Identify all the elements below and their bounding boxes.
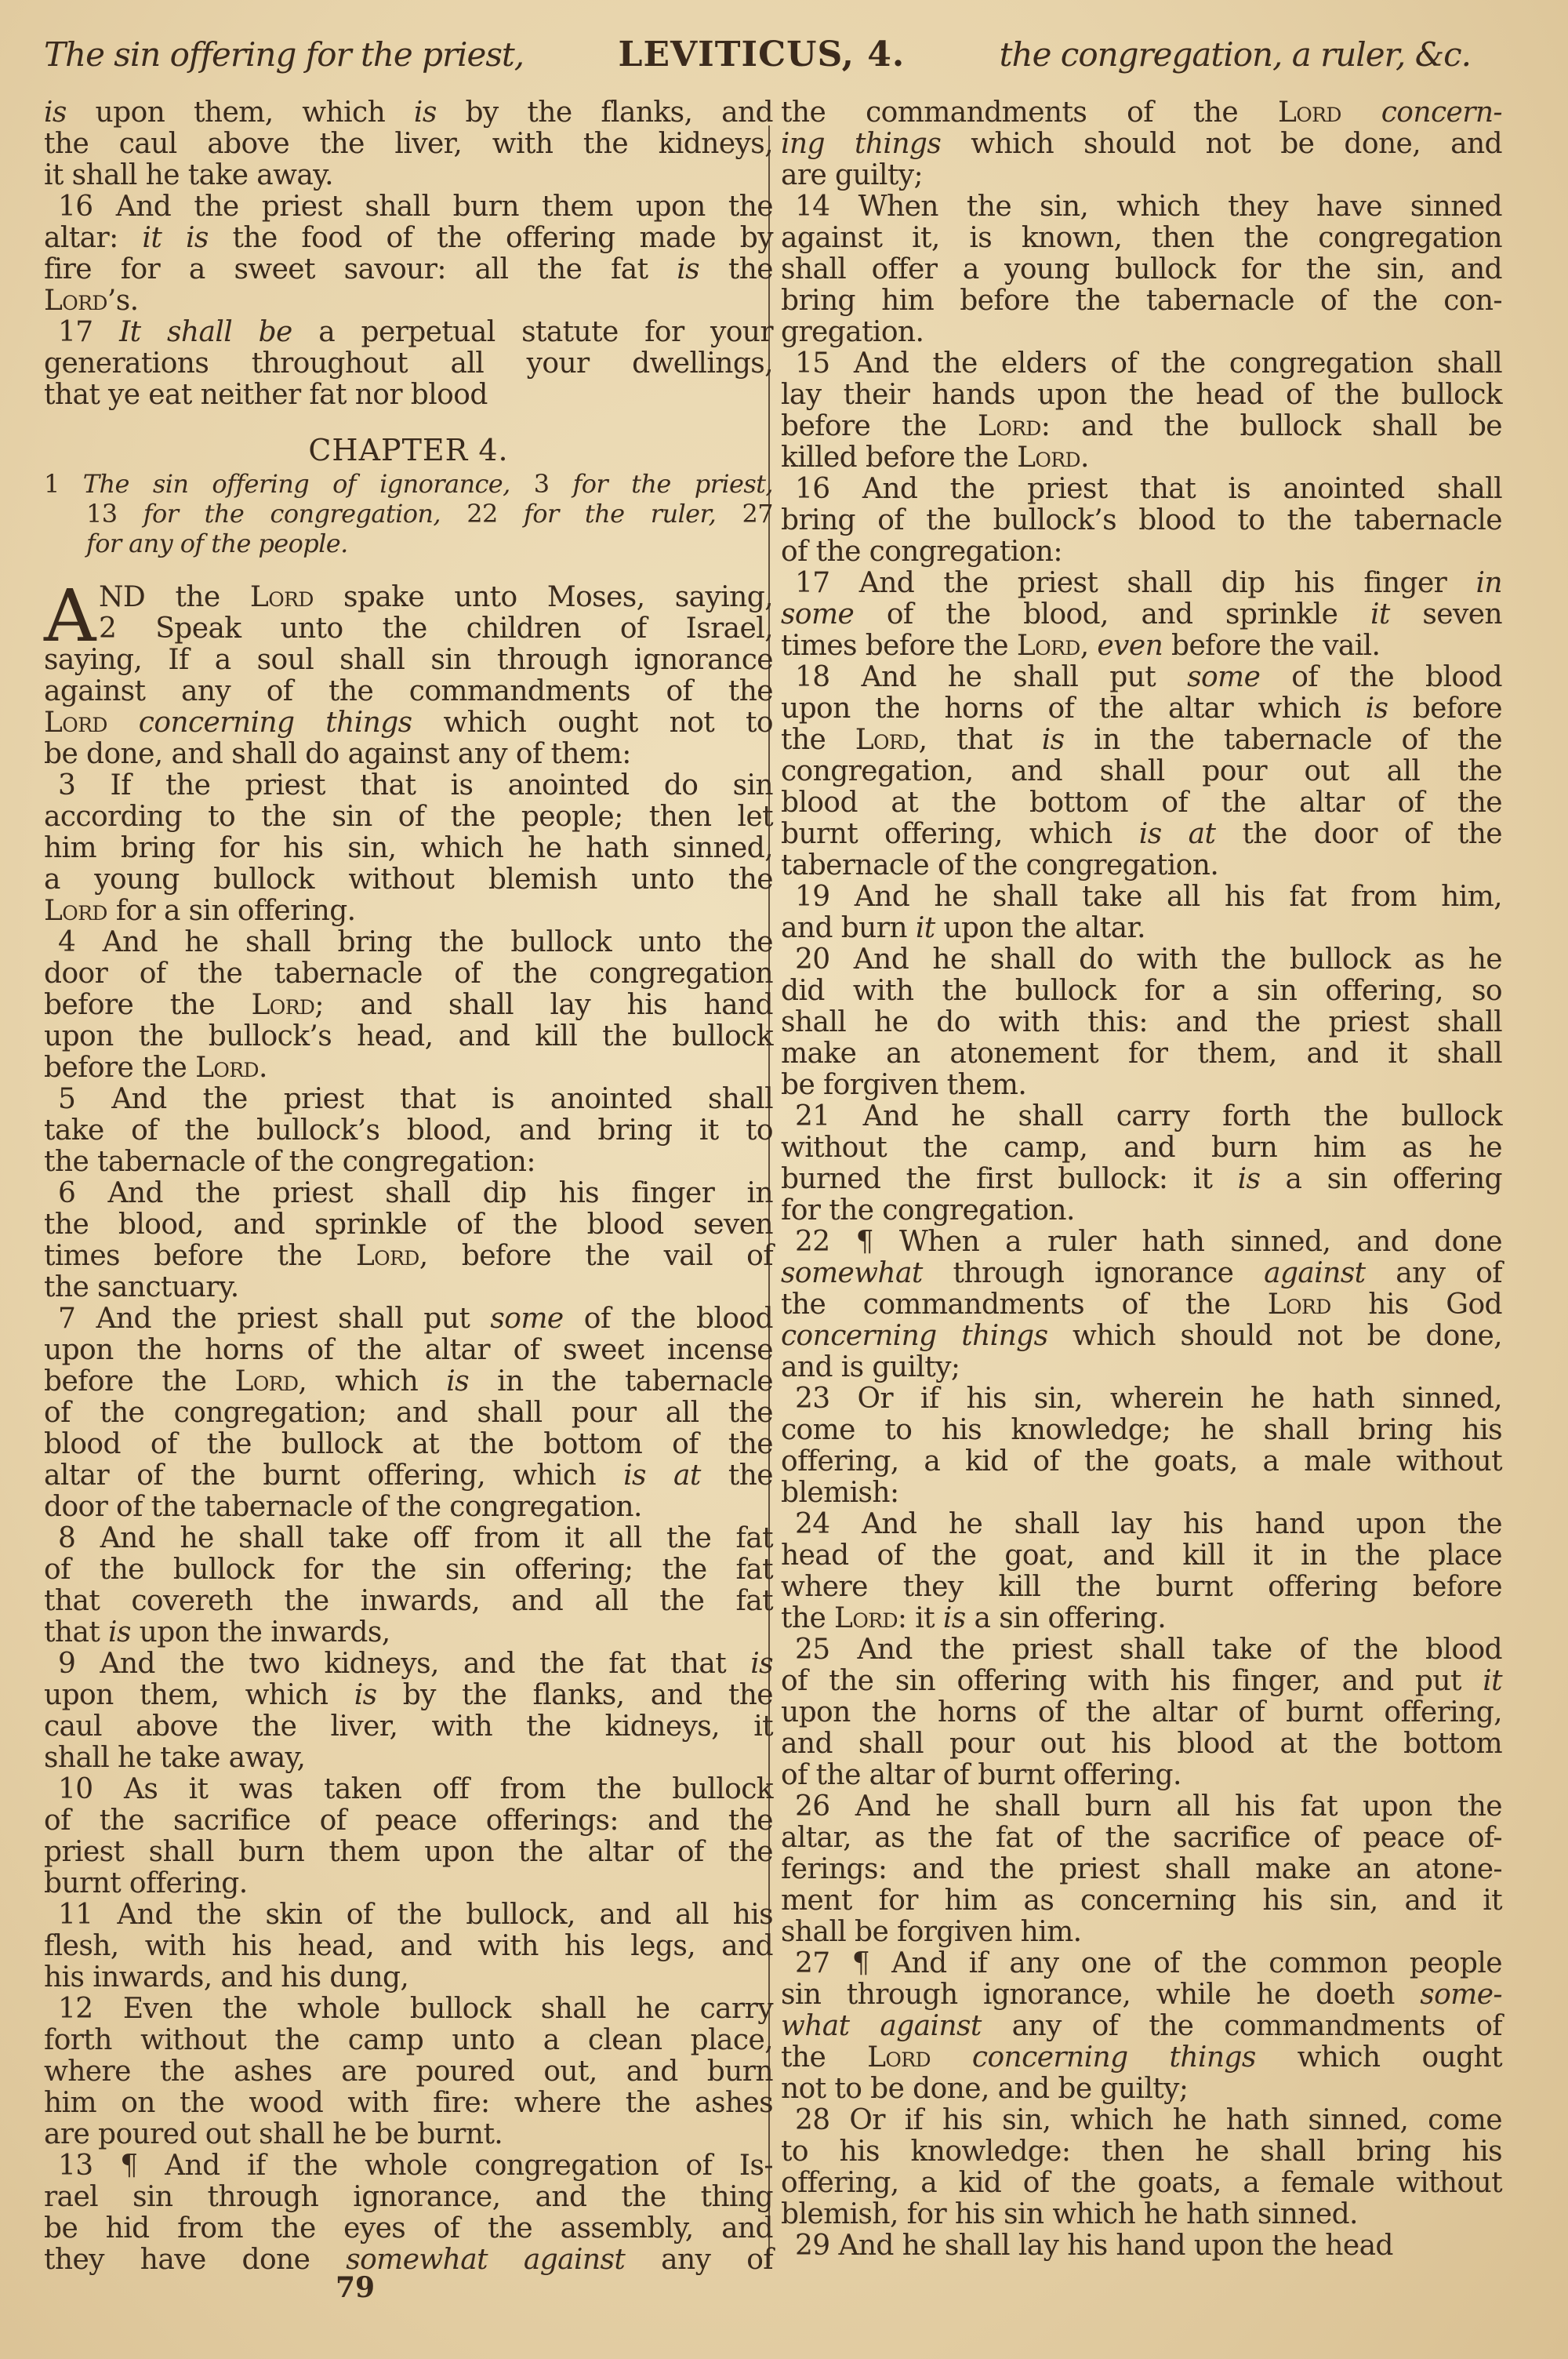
text-segment: times before the xyxy=(44,1240,356,1272)
text-line: and burn it upon the altar. xyxy=(781,913,1502,944)
italic-text: it xyxy=(1370,598,1390,631)
text-line: take of the bullock’s blood, and bring i… xyxy=(44,1115,773,1147)
text-segment: that ye eat neither fat nor blood xyxy=(44,379,488,411)
text-segment: 11 And the skin of the bullock, and all … xyxy=(58,1899,773,1931)
text-segment: upon them, which xyxy=(67,96,414,129)
text-segment: any of xyxy=(625,2244,773,2276)
text-segment: upon the altar. xyxy=(935,912,1145,944)
text-segment: lay their hands upon the head of the bul… xyxy=(781,379,1502,411)
text-segment: 13 xyxy=(86,499,143,529)
text-segment: for a sin offering. xyxy=(107,895,356,927)
text-segment: by the flanks, and the xyxy=(377,1679,773,1711)
bible-page: The sin offering for the priest, LEVITIC… xyxy=(0,0,1568,2359)
text-segment: ND the xyxy=(99,581,250,613)
running-head-left: The sin offering for the priest, xyxy=(44,35,524,74)
text-line: burnt offering. xyxy=(44,1868,773,1899)
italic-text: concerning things xyxy=(781,1320,1047,1352)
text-segment: killed before the xyxy=(781,442,1017,474)
text-segment: a sin offering xyxy=(1260,1163,1502,1195)
text-segment: : it xyxy=(898,1602,943,1634)
text-line: shall he do with this: and the priest sh… xyxy=(781,1007,1502,1038)
text-segment: without the camp, and burn him as he xyxy=(781,1132,1502,1164)
text-segment: 5 And the priest that is anointed shall xyxy=(58,1083,773,1115)
text-line: generations throughout all your dwelling… xyxy=(44,348,773,380)
text-segment: 23 Or if his sin, wherein he hath sinned… xyxy=(795,1383,1502,1415)
text-line: ND the Lord spake unto Moses, saying, xyxy=(99,582,773,613)
text-line: blood at the bottom of the altar of the xyxy=(781,787,1502,819)
text-line: bring him before the tabernacle of the c… xyxy=(781,285,1502,317)
italic-text: is at xyxy=(623,1459,701,1492)
text-line: and shall pour out his blood at the bott… xyxy=(781,1728,1502,1760)
text-segment: the xyxy=(781,2041,867,2074)
small-caps-lord: Lord xyxy=(44,707,107,739)
text-segment: the door of the xyxy=(1215,818,1502,850)
text-segment: against it, is known, then the congregat… xyxy=(781,222,1502,254)
text-segment: where the ashes are poured out, and burn xyxy=(44,2055,773,2088)
italic-text: some xyxy=(781,598,854,631)
text-line: Lord for a sin offering. xyxy=(44,896,773,927)
text-segment: be forgiven them. xyxy=(781,1069,1026,1101)
text-segment: shall he do with this: and the priest sh… xyxy=(781,1006,1502,1038)
italic-text: ing things xyxy=(781,128,941,160)
text-segment: which should not be done, and xyxy=(941,128,1502,160)
italic-text: some xyxy=(490,1303,563,1335)
text-segment: saying, If a soul shall sin through igno… xyxy=(44,644,773,676)
text-segment: ment for him as concerning his sin, and … xyxy=(781,1885,1502,1917)
text-segment: 25 And the priest shall take of the bloo… xyxy=(795,1634,1502,1666)
italic-text: is xyxy=(414,96,437,129)
text-line: 13 ¶ And if the whole congregation of Is… xyxy=(44,2150,773,2182)
text-segment: sin through ignorance, while he doeth xyxy=(781,1979,1420,2011)
chapter-verses-right: the commandments of the Lord concern-ing… xyxy=(781,97,1502,2262)
text-segment: before the vail. xyxy=(1163,630,1380,662)
text-segment: , xyxy=(1080,630,1098,662)
text-segment: 19 And he shall take all his fat from hi… xyxy=(795,881,1502,913)
italic-text: concerning things xyxy=(972,2041,1256,2074)
small-caps-lord: Lord xyxy=(44,285,107,317)
small-caps-lord: Lord xyxy=(834,1602,898,1634)
text-segment: are poured out shall he be burnt. xyxy=(44,2118,503,2150)
text-line: be done, and shall do against any of the… xyxy=(44,739,773,770)
text-segment: come to his knowledge; he shall bring hi… xyxy=(781,1414,1502,1446)
text-segment: for any of the people. xyxy=(86,529,348,558)
text-segment: head of the goat, and kill it in the pla… xyxy=(781,1539,1502,1572)
text-segment: 10 As it was taken off from the bullock xyxy=(58,1773,773,1805)
spacer xyxy=(44,558,773,582)
italic-text: is xyxy=(354,1679,377,1711)
text-segment: 20 And he shall do with the bullock as h… xyxy=(795,943,1502,976)
text-line: upon the horns of the altar of burnt off… xyxy=(781,1697,1502,1728)
italic-text: concern- xyxy=(1381,96,1502,129)
text-line: 3 If the priest that is anointed do sin xyxy=(44,770,773,801)
text-segment: spake unto Moses, saying, xyxy=(314,581,773,613)
text-line: shall be forgiven him. xyxy=(781,1917,1502,1948)
text-line: 15 And the elders of the congregation sh… xyxy=(781,348,1502,380)
text-segment: a sin offering. xyxy=(966,1602,1166,1634)
small-caps-lord: Lord xyxy=(1017,442,1080,474)
text-line: before the Lord: and the bullock shall b… xyxy=(781,411,1502,442)
text-segment: forth without the camp unto a clean plac… xyxy=(44,2024,773,2056)
text-segment: of the blood, and sprinkle xyxy=(854,598,1370,631)
text-segment: fire for a sweet savour: all the fat xyxy=(44,253,677,285)
text-segment: door of the tabernacle of the congregati… xyxy=(44,958,773,990)
text-line: the caul above the liver, with the kidne… xyxy=(44,129,773,160)
text-segment: of the blood xyxy=(1260,661,1502,693)
summary-line: 1 The sin offering of ignorance, 3 for t… xyxy=(44,469,773,499)
text-line: before the Lord. xyxy=(44,1052,773,1084)
text-segment: shall he take away, xyxy=(44,1742,305,1774)
text-line: ment for him as concerning his sin, and … xyxy=(781,1885,1502,1917)
text-segment: blemish: xyxy=(781,1477,899,1509)
text-segment: . xyxy=(1080,442,1089,474)
text-line: upon them, which is by the flanks, and t… xyxy=(44,1680,773,1711)
text-segment: for the congregation, xyxy=(143,499,466,529)
text-segment: generations throughout all your dwelling… xyxy=(44,347,773,380)
text-line: where they kill the burnt offering befor… xyxy=(781,1572,1502,1603)
text-segment: and is guilty; xyxy=(781,1351,960,1383)
text-line: door of the tabernacle of the congregati… xyxy=(44,1492,773,1523)
text-segment: the commandments of the xyxy=(781,96,1278,129)
text-line: burned the first bullock: it is a sin of… xyxy=(781,1164,1502,1195)
text-segment: 16 And the priest that is anointed shall xyxy=(795,473,1502,505)
text-segment: 6 And the priest shall dip his finger in xyxy=(58,1177,773,1209)
text-line: shall he take away, xyxy=(44,1743,773,1774)
text-line: the Lord concerning things which ought xyxy=(781,2042,1502,2074)
text-line: are guilty; xyxy=(781,160,1502,191)
text-segment: 26 And he shall burn all his fat upon th… xyxy=(795,1790,1502,1823)
small-caps-lord: Lord xyxy=(978,410,1041,442)
small-caps-lord: Lord xyxy=(356,1240,419,1272)
text-segment: 3 If the priest that is anointed do sin xyxy=(58,769,773,801)
text-line: altar: it is the food of the offering ma… xyxy=(44,223,773,254)
text-line: without the camp, and burn him as he xyxy=(781,1132,1502,1164)
text-segment: a perpetual statute for your xyxy=(292,316,773,348)
text-segment: and shall pour out his blood at the bott… xyxy=(781,1728,1502,1760)
text-line: 20 And he shall do with the bullock as h… xyxy=(781,944,1502,976)
text-segment: it shall he take away. xyxy=(44,159,333,191)
text-line: concerning things which should not be do… xyxy=(781,1321,1502,1352)
text-line: 6 And the priest shall dip his finger in xyxy=(44,1178,773,1209)
text-line: make an atonement for them, and it shall xyxy=(781,1038,1502,1070)
text-segment: burned the first bullock: it xyxy=(781,1163,1238,1195)
text-segment: congregation, and shall pour out all the xyxy=(781,755,1502,787)
text-segment: the commandments of the xyxy=(781,1289,1268,1321)
text-line: ferings: and the priest shall make an at… xyxy=(781,1854,1502,1885)
italic-text: it xyxy=(1483,1665,1502,1697)
text-segment: against any of the commandments of the xyxy=(44,675,773,707)
text-line: that covereth the inwards, and all the f… xyxy=(44,1586,773,1617)
text-line: 27 ¶ And if any one of the common people xyxy=(781,1948,1502,1979)
text-segment: are guilty; xyxy=(781,159,923,191)
text-segment: blood of the bullock at the bottom of th… xyxy=(44,1428,773,1460)
text-line: Lord concerning things which ought not t… xyxy=(44,707,773,739)
text-segment: his inwards, and his dung, xyxy=(44,1961,408,1994)
text-line: his inwards, and his dung, xyxy=(44,1962,773,1994)
text-segment: not to be done, and be guilty; xyxy=(781,2073,1188,2105)
text-segment: of the sin offering with his finger, and… xyxy=(781,1665,1483,1697)
text-line: the sanctuary. xyxy=(44,1272,773,1303)
text-line: offering, a kid of the goats, a male wit… xyxy=(781,1446,1502,1478)
text-line: head of the goat, and kill it in the pla… xyxy=(781,1540,1502,1572)
italic-text: is xyxy=(750,1648,773,1680)
italic-text: concerning things xyxy=(139,707,412,739)
text-segment: bring him before the tabernacle of the c… xyxy=(781,285,1502,317)
italic-text: some xyxy=(1187,661,1260,693)
text-segment: shall offer a young bullock for the sin,… xyxy=(781,253,1502,285)
small-caps-lord: Lord xyxy=(855,724,919,756)
text-segment: caul above the liver, with the kidneys, … xyxy=(44,1710,773,1743)
text-segment: him bring for his sin, which he hath sin… xyxy=(44,832,773,864)
text-segment: 7 And the priest shall put xyxy=(58,1303,490,1335)
text-line: upon the bullock’s head, and kill the bu… xyxy=(44,1021,773,1052)
text-line: of the altar of burnt offering. xyxy=(781,1760,1502,1791)
text-segment: the xyxy=(781,724,855,756)
italic-text: It shall be xyxy=(119,316,292,348)
text-line: burnt offering, which is at the door of … xyxy=(781,819,1502,850)
text-segment xyxy=(931,2041,972,2074)
italic-text: it xyxy=(916,912,935,944)
text-segment: upon the inwards, xyxy=(131,1616,390,1648)
text-line: 28 Or if his sin, which he hath sinned, … xyxy=(781,2105,1502,2136)
text-line: forth without the camp unto a clean plac… xyxy=(44,2025,773,2056)
text-segment: times before the xyxy=(781,630,1017,662)
italic-text: is xyxy=(677,253,699,285)
text-line: 12 Even the whole bullock shall he carry xyxy=(44,1994,773,2025)
text-segment: for the congregation. xyxy=(781,1194,1075,1227)
text-segment: in the tabernacle of the xyxy=(1065,724,1502,756)
text-segment: take of the bullock’s blood, and bring i… xyxy=(44,1114,773,1147)
text-line: of the sin offering with his finger, and… xyxy=(781,1666,1502,1697)
text-line: of the congregation: xyxy=(781,536,1502,568)
text-line: sin through ignorance, while he doeth so… xyxy=(781,1979,1502,2011)
text-segment: ’s. xyxy=(107,285,139,317)
text-line: blood of the bullock at the bottom of th… xyxy=(44,1429,773,1460)
text-segment xyxy=(1341,96,1381,129)
chapter-opening: A ND the Lord spake unto Moses, saying,2… xyxy=(44,582,773,645)
text-line: against any of the commandments of the xyxy=(44,676,773,707)
small-caps-lord: Lord xyxy=(1268,1289,1331,1321)
drop-cap-lines: ND the Lord spake unto Moses, saying,2 S… xyxy=(44,582,773,645)
text-segment: be hid from the eyes of the assembly, an… xyxy=(44,2212,773,2245)
text-segment: before the xyxy=(781,410,978,442)
text-segment: bring of the bullock’s blood to the tabe… xyxy=(781,504,1502,536)
text-line: come to his knowledge; he shall bring hi… xyxy=(781,1415,1502,1446)
text-segment: 1 xyxy=(44,469,83,499)
text-segment: 17 And the priest shall dip his finger xyxy=(795,567,1476,599)
text-line: 2 Speak unto the children of Israel, xyxy=(99,613,773,645)
running-head-book-chapter: LEVITICUS, 4. xyxy=(619,35,906,75)
text-segment: 14 When the sin, which they have sinned xyxy=(795,191,1502,223)
text-segment: 16 And the priest shall burn them upon t… xyxy=(58,191,773,223)
text-segment: 2 Speak unto the children of Israel, xyxy=(99,612,773,645)
text-segment: make an atonement for them, and it shall xyxy=(781,1038,1502,1070)
text-segment: door of the tabernacle of the congregati… xyxy=(44,1491,642,1523)
text-line: 4 And he shall bring the bullock unto th… xyxy=(44,927,773,958)
text-line: saying, If a soul shall sin through igno… xyxy=(44,645,773,676)
text-segment: for the ruler, xyxy=(524,499,742,529)
text-line: 22 ¶ When a ruler hath sinned, and done xyxy=(781,1227,1502,1258)
text-line: some of the blood, and sprinkle it seven xyxy=(781,599,1502,631)
text-segment: and burn xyxy=(781,912,916,944)
small-caps-lord: Lord xyxy=(195,1052,259,1084)
text-line: 18 And he shall put some of the blood xyxy=(781,662,1502,693)
text-line: that ye eat neither fat nor blood xyxy=(44,380,773,411)
text-segment: any of the commandments of xyxy=(982,2010,1502,2042)
text-segment: did with the bullock for a sin offering,… xyxy=(781,975,1502,1007)
text-segment: , that xyxy=(919,724,1042,756)
text-line: to his knowledge: then he shall bring hi… xyxy=(781,2136,1502,2168)
small-caps-lord: Lord xyxy=(1278,96,1341,129)
text-line: him on the wood with fire: where the ash… xyxy=(44,2088,773,2119)
text-segment: any of xyxy=(1366,1257,1503,1289)
text-line: be forgiven them. xyxy=(781,1070,1502,1101)
text-segment: 12 Even the whole bullock shall he carry xyxy=(58,1993,773,2025)
text-line: not to be done, and be guilty; xyxy=(781,2074,1502,2105)
text-segment: before the xyxy=(44,989,252,1021)
text-segment: they have done xyxy=(44,2244,346,2276)
text-line: offering, a kid of the goats, a female w… xyxy=(781,2168,1502,2199)
text-line: 16 And the priest that is anointed shall xyxy=(781,474,1502,505)
text-line: bring of the bullock’s blood to the tabe… xyxy=(781,505,1502,536)
text-line: 7 And the priest shall put some of the b… xyxy=(44,1303,773,1335)
text-line: somewhat through ignorance against any o… xyxy=(781,1258,1502,1289)
text-segment: before the xyxy=(44,1052,195,1084)
italic-text: is xyxy=(1042,724,1065,756)
italic-text: what against xyxy=(781,2010,982,2042)
text-line: and is guilty; xyxy=(781,1352,1502,1383)
text-segment: before xyxy=(1388,692,1502,725)
text-segment: : and the bullock shall be xyxy=(1041,410,1502,442)
chapter-heading: CHAPTER 4. xyxy=(44,431,773,469)
text-segment: shall be forgiven him. xyxy=(781,1916,1082,1948)
text-line: what against any of the commandments of xyxy=(781,2011,1502,2042)
text-segment: upon the horns of the altar of sweet inc… xyxy=(44,1334,773,1366)
text-segment: 24 And he shall lay his hand upon the xyxy=(795,1508,1502,1540)
text-segment: altar: xyxy=(44,222,142,254)
text-line: before the Lord, which is in the taberna… xyxy=(44,1366,773,1398)
right-column: the commandments of the Lord concern-ing… xyxy=(781,97,1502,2262)
small-caps-lord: Lord xyxy=(235,1365,299,1398)
text-segment: blood at the bottom of the altar of the xyxy=(781,787,1502,819)
italic-text: is xyxy=(1238,1163,1261,1195)
text-line: times before the Lord, before the vail o… xyxy=(44,1241,773,1272)
text-segment: upon the horns of the altar of burnt off… xyxy=(781,1696,1502,1728)
italic-text: somewhat xyxy=(781,1257,923,1289)
small-caps-lord: Lord xyxy=(867,2041,931,2074)
text-segment: 4 And he shall bring the bullock unto th… xyxy=(58,926,773,958)
small-caps-lord: Lord xyxy=(250,581,314,613)
text-segment: The sin offering of ignorance, xyxy=(83,469,534,499)
text-line: 17 It shall be a perpetual statute for y… xyxy=(44,317,773,348)
page-number: 79 xyxy=(336,2271,375,2304)
text-segment: him on the wood with fire: where the ash… xyxy=(44,2087,773,2119)
running-head: The sin offering for the priest, LEVITIC… xyxy=(44,35,1471,89)
text-segment: 18 And he shall put xyxy=(795,661,1187,693)
text-line: altar, as the fat of the sacrifice of pe… xyxy=(781,1823,1502,1854)
text-segment: gregation. xyxy=(781,316,924,348)
text-line: the Lord: it is a sin offering. xyxy=(781,1603,1502,1634)
text-line: 16 And the priest shall burn them upon t… xyxy=(44,191,773,223)
text-segment: 8 And he shall take off from it all the … xyxy=(58,1522,773,1554)
text-segment: according to the sin of the people; then… xyxy=(44,801,773,833)
text-segment: the caul above the liver, with the kidne… xyxy=(44,128,773,160)
text-segment: the blood, and sprinkle of the blood sev… xyxy=(44,1209,773,1241)
text-line: against it, is known, then the congregat… xyxy=(781,223,1502,254)
text-line: him bring for his sin, which he hath sin… xyxy=(44,833,773,864)
text-line: is upon them, which is by the flanks, an… xyxy=(44,97,773,129)
text-line: priest shall burn them upon the altar of… xyxy=(44,1837,773,1868)
text-line: the blood, and sprinkle of the blood sev… xyxy=(44,1209,773,1241)
text-line: 19 And he shall take all his fat from hi… xyxy=(781,881,1502,913)
italic-text: against xyxy=(1264,1257,1365,1289)
text-segment: which ought xyxy=(1256,2041,1502,2074)
text-segment: 22 ¶ When a ruler hath sinned, and done xyxy=(795,1226,1502,1258)
text-segment: 15 And the elders of the congregation sh… xyxy=(795,347,1502,380)
text-segment: of the congregation: xyxy=(781,536,1062,568)
text-segment: the sanctuary. xyxy=(44,1271,239,1303)
text-line: 9 And the two kidneys, and the fat that … xyxy=(44,1648,773,1680)
text-segment: of the sacrifice of peace offerings: and… xyxy=(44,1805,773,1837)
text-segment: which should not be done, xyxy=(1047,1320,1502,1352)
text-segment: 9 And the two kidneys, and the fat that xyxy=(58,1648,750,1680)
text-segment: that xyxy=(44,1616,108,1648)
text-segment: the food of the offering made by xyxy=(209,222,773,254)
text-segment: the xyxy=(699,253,773,285)
italic-text: is at xyxy=(1139,818,1216,850)
text-segment: in the tabernacle xyxy=(469,1365,773,1398)
text-line: fire for a sweet savour: all the fat is … xyxy=(44,254,773,285)
summary-line: for any of the people. xyxy=(44,529,773,558)
small-caps-lord: Lord xyxy=(1017,630,1080,662)
italic-text: is xyxy=(108,1616,131,1648)
text-segment: to his knowledge: then he shall bring hi… xyxy=(781,2135,1502,2168)
text-line: did with the bullock for a sin offering,… xyxy=(781,976,1502,1007)
text-segment: rael sin through ignorance, and the thin… xyxy=(44,2181,773,2213)
text-line: blemish: xyxy=(781,1478,1502,1509)
text-line: shall offer a young bullock for the sin,… xyxy=(781,254,1502,285)
text-segment: the xyxy=(701,1459,773,1492)
text-line: the commandments of the Lord concern- xyxy=(781,97,1502,129)
text-segment: 13 ¶ And if the whole congregation of Is… xyxy=(58,2150,773,2182)
italic-text: is xyxy=(1366,692,1388,725)
text-segment: 29 And he shall lay his hand upon the he… xyxy=(795,2230,1393,2262)
text-line: upon the horns of the altar of sweet inc… xyxy=(44,1335,773,1366)
text-line: of the congregation; and shall pour all … xyxy=(44,1398,773,1429)
text-line: 14 When the sin, which they have sinned xyxy=(781,191,1502,223)
text-segment: seven xyxy=(1390,598,1502,631)
text-segment: altar of the burnt offering, which xyxy=(44,1459,623,1492)
italic-text: it is xyxy=(142,222,208,254)
small-caps-lord: Lord xyxy=(252,989,315,1021)
italic-text: in xyxy=(1476,567,1503,599)
italic-text: is xyxy=(446,1365,469,1398)
text-segment: a young bullock without blemish unto the xyxy=(44,863,773,896)
text-line: are poured out shall he be burnt. xyxy=(44,2119,773,2150)
text-segment: of the blood xyxy=(564,1303,773,1335)
text-line: 11 And the skin of the bullock, and all … xyxy=(44,1899,773,1931)
text-line: blemish, for his sin which he hath sinne… xyxy=(781,2199,1502,2230)
italic-text: even xyxy=(1097,630,1163,662)
chapter-summary: 1 The sin offering of ignorance, 3 for t… xyxy=(44,469,773,558)
text-line: a young bullock without blemish unto the xyxy=(44,864,773,896)
text-segment: for the priest, xyxy=(573,469,773,499)
text-segment: priest shall burn them upon the altar of… xyxy=(44,1836,773,1868)
text-line: 26 And he shall burn all his fat upon th… xyxy=(781,1791,1502,1823)
text-segment: upon the horns of the altar which xyxy=(781,692,1366,725)
text-line: door of the tabernacle of the congregati… xyxy=(44,958,773,990)
text-segment: where they kill the burnt offering befor… xyxy=(781,1571,1502,1603)
italic-text: is xyxy=(44,96,67,129)
